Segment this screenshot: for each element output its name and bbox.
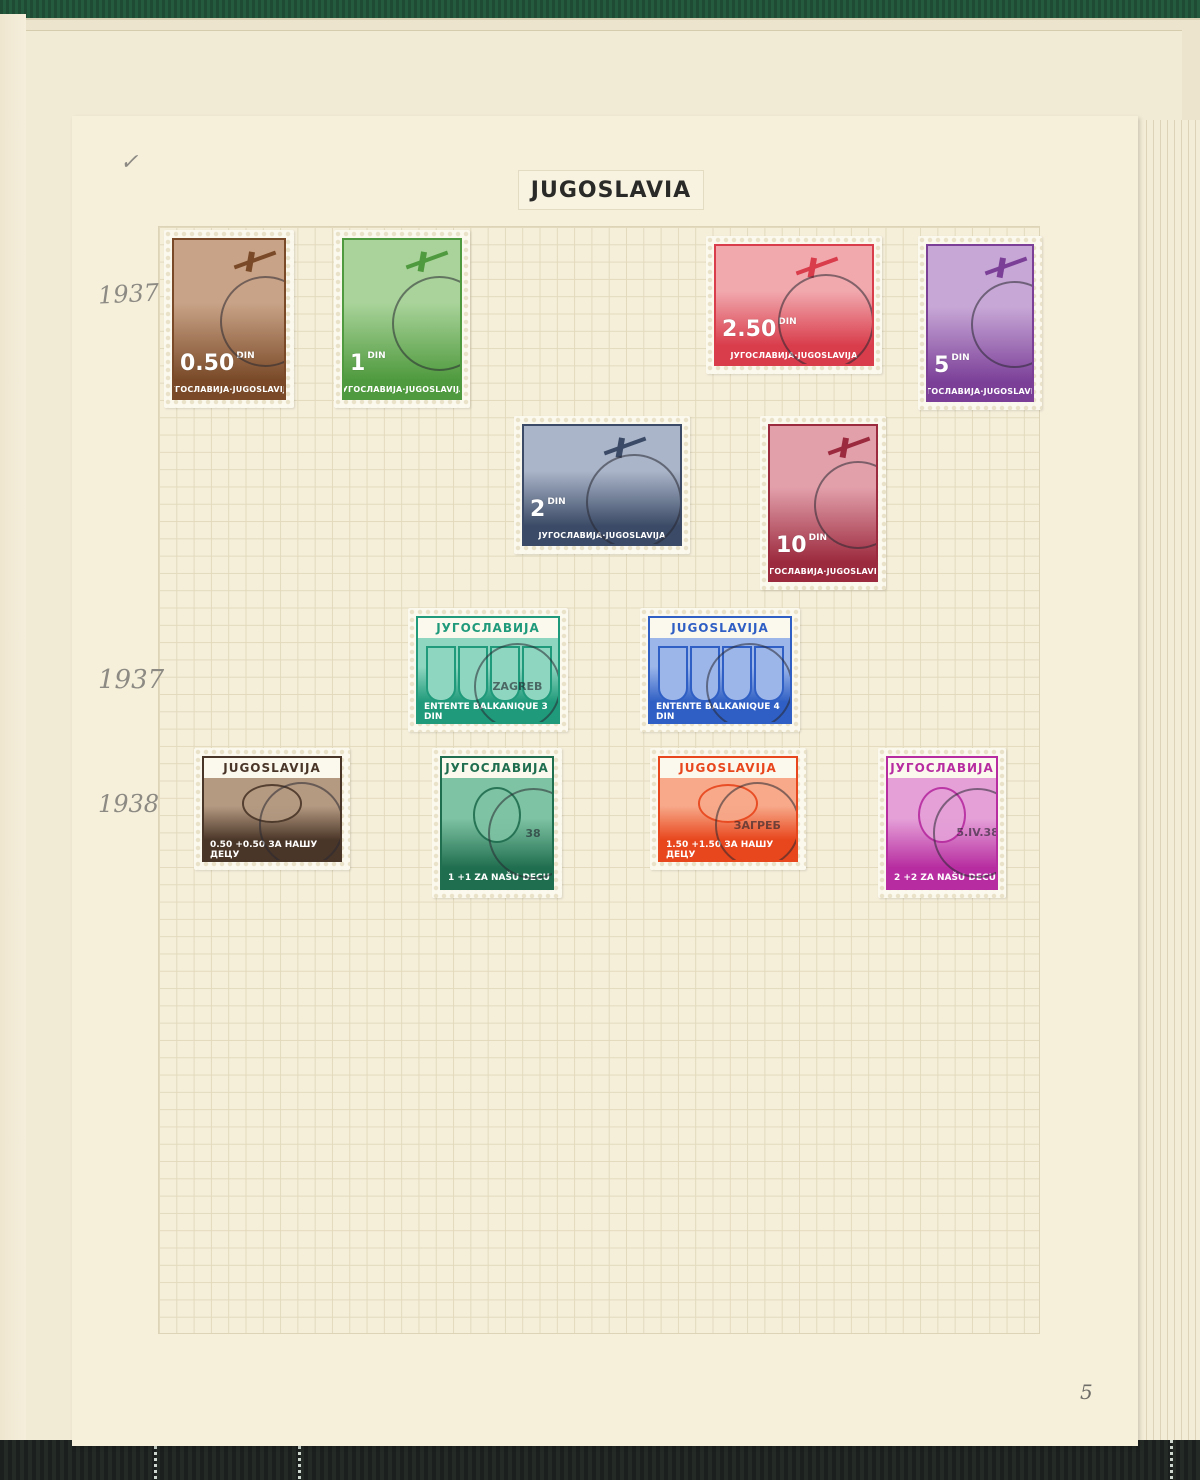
stamp-design: JUGOSLAVIJA0.50 +0.50 ЗА НАШУ ДЕЦУ bbox=[202, 756, 342, 862]
postmark-cancel bbox=[778, 274, 874, 366]
airplane-icon bbox=[984, 257, 1027, 276]
cover-stitch bbox=[154, 1440, 157, 1480]
airplane-icon bbox=[406, 251, 449, 270]
coat-of-arms-icon bbox=[658, 646, 688, 702]
pencil-year-label: 1937 bbox=[97, 278, 159, 309]
postmark-cancel: ЗАГРЕБ bbox=[715, 782, 798, 862]
stamp-airmail-2.50-din: 2.50DINJУГОСЛАВИJА·JUGOSLAVIJA bbox=[706, 236, 882, 374]
airplane-icon bbox=[827, 437, 870, 456]
country-heading: JUGOSLAVIA bbox=[531, 178, 691, 203]
stamp-denomination: 2DIN bbox=[530, 497, 566, 522]
left-page-edge bbox=[0, 14, 26, 1454]
stamp-country-inscription: JУГОСЛАВИJА bbox=[888, 758, 996, 778]
stamp-country-inscription: JUGOSLAVIJA bbox=[660, 758, 796, 778]
stamp-airmail-1-din: 1DINJУГОСЛАВИJА·JUGOSLAVIJA bbox=[334, 230, 470, 408]
pencil-year-label: 1938 bbox=[98, 790, 159, 818]
stamp-unit: DIN bbox=[951, 353, 969, 363]
stamp-child-welfare-1.50-din: JUGOSLAVIJA1.50 +1.50 ЗА НАШУ ДЕЦУЗАГРЕБ bbox=[650, 748, 806, 870]
stamp-design: JУГОСЛАВИJА1 +1 ZA NAŠU DECU38 bbox=[440, 756, 554, 890]
country-heading-label: JUGOSLAVIA bbox=[518, 170, 704, 210]
stamp-design: 5DINJУГОСЛАВИJА·JUGOSLAVIJA bbox=[926, 244, 1034, 402]
stamp-design: JУГОСЛАВИJАENTENTE BALKANIQUE 3 DINZAGRE… bbox=[416, 616, 560, 724]
stamp-design: 0.50DINJУГОСЛАВИJА·JUGOSLAVIJA bbox=[172, 238, 286, 400]
postmark-cancel: ZAGREB bbox=[474, 643, 560, 724]
postmark-cancel bbox=[706, 643, 792, 724]
stamp-design: 2.50DINJУГОСЛАВИJА·JUGOSLAVIJA bbox=[714, 244, 874, 366]
stamp-inscription: JУГОСЛАВИJА·JUGOSLAVIJA bbox=[770, 562, 876, 580]
stamp-inscription: JУГОСЛАВИJА·JUGOSLAVIJA bbox=[174, 380, 284, 398]
stamp-airmail-0.50-din: 0.50DINJУГОСЛАВИJА·JUGOSLAVIJA bbox=[164, 230, 294, 408]
stamp-country-inscription: JUGOSLAVIJA bbox=[204, 758, 340, 778]
page-number: 5 bbox=[1080, 1380, 1093, 1404]
stamp-design: JУГОСЛАВИJА2 +2 ZA NAŠU DECU5.IV.38 bbox=[886, 756, 998, 890]
stamp-country-inscription: JУГОСЛАВИJА bbox=[418, 618, 558, 638]
album-cover-bottom bbox=[0, 1440, 1200, 1480]
cover-stitch bbox=[1170, 1440, 1173, 1480]
stamp-country-inscription: JUGOSLAVIJA bbox=[650, 618, 790, 638]
stamp-child-welfare-2-din: JУГОСЛАВИJА2 +2 ZA NAŠU DECU5.IV.38 bbox=[878, 748, 1006, 898]
stamp-denomination: 10DIN bbox=[776, 533, 827, 558]
stamp-airmail-5-din: 5DINJУГОСЛАВИJА·JUGOSLAVIJA bbox=[918, 236, 1042, 410]
stamp-balkan-entente-4-din: JUGOSLAVIJAENTENTE BALKANIQUE 4 DIN bbox=[640, 608, 800, 732]
stamp-design: JUGOSLAVIJA1.50 +1.50 ЗА НАШУ ДЕЦУЗАГРЕБ bbox=[658, 756, 798, 862]
airplane-icon bbox=[604, 437, 647, 456]
stamp-airmail-2-din: 2DINJУГОСЛАВИJА·JUGOSLAVIJA bbox=[514, 416, 690, 554]
stamp-unit: DIN bbox=[809, 533, 827, 543]
stamp-denomination: 5DIN bbox=[934, 353, 970, 378]
postmark-cancel bbox=[259, 782, 342, 862]
stamp-child-welfare-1-din: JУГОСЛАВИJА1 +1 ZA NAŠU DECU38 bbox=[432, 748, 562, 898]
cover-stitch bbox=[298, 1440, 301, 1480]
stamp-unit: DIN bbox=[547, 497, 565, 507]
stamp-inscription: JУГОСЛАВИJА·JUGOSLAVIJA bbox=[344, 380, 460, 398]
coat-of-arms-icon bbox=[426, 646, 456, 702]
stamp-balkan-entente-3-din: JУГОСЛАВИJАENTENTE BALKANIQUE 3 DINZAGRE… bbox=[408, 608, 568, 732]
airplane-icon bbox=[796, 257, 839, 276]
stamp-design: JUGOSLAVIJAENTENTE BALKANIQUE 4 DIN bbox=[648, 616, 792, 724]
pencil-tick-mark: ✓ bbox=[120, 150, 138, 175]
stamp-denomination: 1DIN bbox=[350, 351, 386, 376]
stamp-design: 10DINJУГОСЛАВИJА·JUGOSLAVIJA bbox=[768, 424, 878, 582]
stamp-inscription: JУГОСЛАВИJА·JUGOSLAVIJA bbox=[928, 382, 1032, 400]
stamp-unit: DIN bbox=[367, 351, 385, 361]
airplane-icon bbox=[233, 251, 276, 270]
stamp-airmail-10-din: 10DINJУГОСЛАВИJА·JUGOSLAVIJA bbox=[760, 416, 886, 590]
pencil-year-label: 1937 bbox=[98, 665, 164, 695]
page-edges-stack bbox=[1140, 120, 1200, 1450]
stamp-child-welfare-0.50-din: JUGOSLAVIJA0.50 +0.50 ЗА НАШУ ДЕЦУ bbox=[194, 748, 350, 870]
stamp-design: 1DINJУГОСЛАВИJА·JUGOSLAVIJA bbox=[342, 238, 462, 400]
postmark-cancel bbox=[586, 454, 682, 546]
stamp-country-inscription: JУГОСЛАВИJА bbox=[442, 758, 552, 778]
stamp-design: 2DINJУГОСЛАВИJА·JUGOSLAVIJA bbox=[522, 424, 682, 546]
